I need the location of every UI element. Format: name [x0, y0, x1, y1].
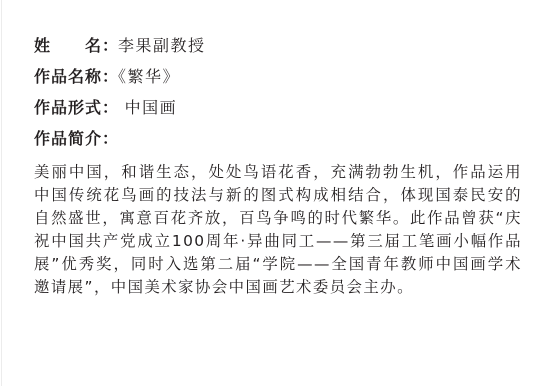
artwork-title-colon: ：	[102, 67, 118, 86]
field-artist-name: 姓 名：李果副教授	[34, 34, 524, 65]
artwork-intro-colon: ：	[102, 129, 118, 148]
field-artwork-intro: 作品简介：	[34, 127, 524, 158]
left-border-line	[1, 0, 2, 386]
artist-name-label: 姓 名	[34, 36, 102, 55]
field-artwork-title: 作品名称：《繁华》	[34, 65, 524, 96]
artwork-form-value: 中国画	[118, 98, 177, 117]
artwork-title-label: 作品名称	[34, 67, 102, 86]
field-artwork-form: 作品形式： 中国画	[34, 96, 524, 127]
artwork-info-document: 姓 名：李果副教授 作品名称：《繁华》 作品形式： 中国画 作品简介： 美丽中国…	[34, 34, 524, 314]
artwork-form-colon: ：	[102, 98, 118, 117]
artwork-intro-label: 作品简介	[34, 129, 102, 148]
artist-name-colon: ：	[102, 36, 118, 55]
artwork-description: 美丽中国，和谐生态，处处鸟语花香，充满勃勃生机，作品运用中国传统花鸟画的技法与新…	[34, 161, 522, 299]
artwork-title-value: 《繁华》	[118, 67, 180, 86]
artwork-form-label: 作品形式	[34, 98, 102, 117]
artist-name-value: 李果副教授	[118, 36, 206, 55]
